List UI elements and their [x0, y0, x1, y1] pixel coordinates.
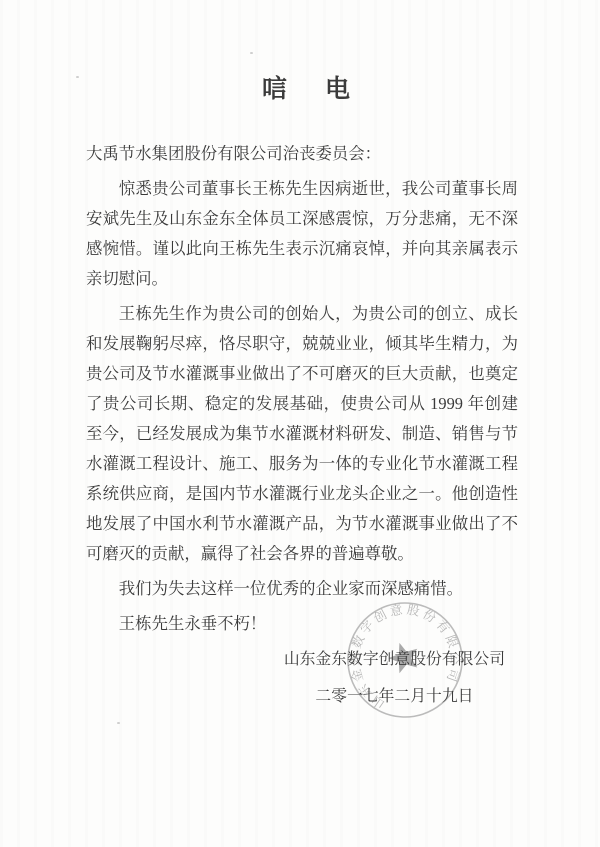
- paragraph: 惊悉贵公司董事长王栋先生因病逝世，我公司董事长周安斌先生及山东金东全体员工深感震…: [86, 174, 518, 294]
- letter-title: 唁 电: [6, 69, 600, 105]
- title-char: 电: [325, 69, 350, 105]
- scanned-letter-page: 唁 电 大禹节水集团股份有限公司治丧委员会： 惊悉贵公司董事长王栋先生因病逝世，…: [0, 0, 600, 847]
- signature-date: 二零一七年二月十九日: [284, 686, 505, 707]
- signature-company: 山东金东数字创意股份有限公司: [284, 649, 505, 671]
- signature-block: 山东金东数字创意股份有限公司 二零一七年二月十九日: [284, 649, 505, 707]
- title-char: 唁: [262, 69, 287, 105]
- paragraph: 王栋先生作为贵公司的创始人，为贵公司的创立、成长和发展鞠躬尽瘁，恪尽职守，兢兢业…: [86, 299, 518, 569]
- scan-speck: [250, 52, 253, 54]
- scan-speck: [117, 722, 120, 724]
- salutation: 大禹节水集团股份有限公司治丧委员会：: [86, 139, 518, 169]
- letter-body: 大禹节水集团股份有限公司治丧委员会： 惊悉贵公司董事长王栋先生因病逝世，我公司董…: [86, 139, 518, 639]
